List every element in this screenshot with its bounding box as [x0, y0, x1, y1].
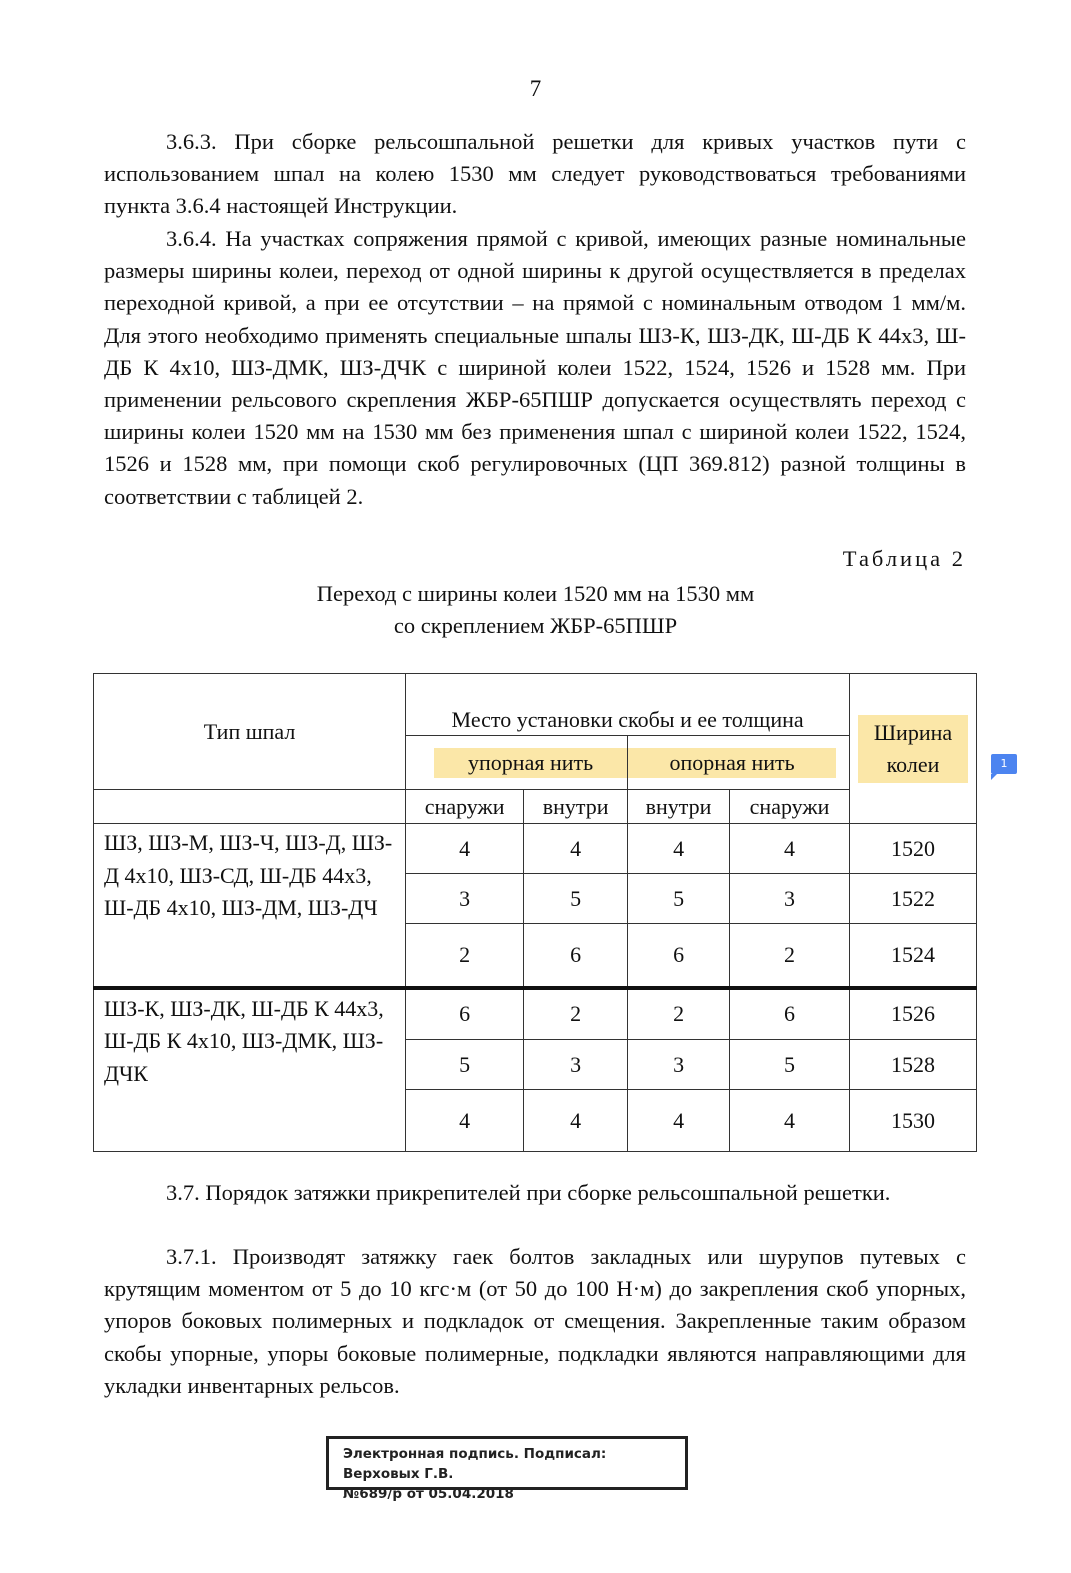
cell: 4: [524, 1090, 628, 1152]
header-support-rail-text: опорная нить: [628, 748, 836, 778]
cell: 4: [524, 824, 628, 874]
cell-gauge: 1524: [850, 924, 977, 988]
cell: 4: [730, 1090, 850, 1152]
cell: 3: [628, 1040, 730, 1090]
cell: 4: [406, 1090, 524, 1152]
table-row: ШЗ, ШЗ-М, ШЗ-Ч, ШЗ-Д, ШЗ-Д 4х10, ШЗ-СД, …: [94, 824, 977, 874]
cell: 2: [406, 924, 524, 988]
header-thrust-rail-text: упорная нить: [434, 748, 627, 778]
paragraph-3-6-4: 3.6.4. На участках сопряжения прямой с к…: [104, 223, 966, 513]
cell: 2: [628, 988, 730, 1040]
header-thrust-rail: упорная нить: [406, 736, 628, 790]
signature-line: №689/р от 05.04.2018: [343, 1484, 685, 1504]
cell: 3: [524, 1040, 628, 1090]
cell: 4: [628, 1090, 730, 1152]
table-caption: Таблица 2: [843, 546, 966, 572]
cell: 5: [524, 874, 628, 924]
paragraph-3-7-1: 3.7.1. Производят затяжку гаек болтов за…: [104, 1241, 966, 1402]
cell: 2: [524, 988, 628, 1040]
table-2: Тип шпал Место установки скобы и ее толщ…: [93, 673, 977, 1152]
cell: 4: [730, 824, 850, 874]
cell-gauge: 1530: [850, 1090, 977, 1152]
paragraph-text: 3.7. Порядок затяжки прикрепителей при с…: [166, 1180, 890, 1205]
header-outside: снаружи: [406, 790, 524, 824]
table-title-line: Переход с ширины колеи 1520 мм на 1530 м…: [0, 578, 1071, 610]
cell: 5: [406, 1040, 524, 1090]
cell: 6: [628, 924, 730, 988]
page-number: 7: [0, 76, 1071, 102]
cell-gauge: 1526: [850, 988, 977, 1040]
paragraph-3-6-3: 3.6.3. При сборке рельсошпальной решетки…: [104, 126, 966, 223]
paragraph-text: 3.6.4. На участках сопряжения прямой с к…: [104, 226, 966, 509]
header-support-rail: опорная нить: [628, 736, 850, 790]
paragraph-text: 3.6.3. При сборке рельсошпальной решетки…: [104, 129, 966, 218]
cell: 4: [628, 824, 730, 874]
table-title-line: со скреплением ЖБР-65ПШР: [0, 610, 1071, 642]
header-inside: внутри: [628, 790, 730, 824]
cell: 5: [730, 1040, 850, 1090]
cell-gauge: 1520: [850, 824, 977, 874]
header-place: Место установки скобы и ее толщина: [406, 674, 850, 736]
table-title: Переход с ширины колеи 1520 мм на 1530 м…: [0, 578, 1071, 642]
cell: 6: [406, 988, 524, 1040]
cell: 3: [730, 874, 850, 924]
signature-line: Электронная подпись. Подписал: Верховых …: [343, 1444, 685, 1484]
header-outside: снаружи: [730, 790, 850, 824]
paragraph-3-7: 3.7. Порядок затяжки прикрепителей при с…: [104, 1177, 966, 1209]
header-type: Тип шпал: [94, 674, 406, 790]
header-gauge: Ширина колеи: [850, 674, 977, 824]
cell-gauge: 1528: [850, 1040, 977, 1090]
cell: 4: [406, 824, 524, 874]
sleeper-types: ШЗ-К, ШЗ-ДК, Ш-ДБ К 44х3, Ш-ДБ К 4х10, Ш…: [94, 988, 406, 1152]
electronic-signature-stamp: Электронная подпись. Подписал: Верховых …: [326, 1436, 688, 1490]
paragraph-text: 3.7.1. Производят затяжку гаек болтов за…: [104, 1244, 966, 1398]
cell: 5: [628, 874, 730, 924]
cell: 6: [730, 988, 850, 1040]
cell-gauge: 1522: [850, 874, 977, 924]
cell: 2: [730, 924, 850, 988]
cell: 3: [406, 874, 524, 924]
header-gauge-text: Ширина колеи: [858, 715, 968, 783]
cell: 6: [524, 924, 628, 988]
comment-badge[interactable]: 1: [991, 754, 1017, 774]
sleeper-types: ШЗ, ШЗ-М, ШЗ-Ч, ШЗ-Д, ШЗ-Д 4х10, ШЗ-СД, …: [94, 824, 406, 988]
header-inside: внутри: [524, 790, 628, 824]
table-row: ШЗ-К, ШЗ-ДК, Ш-ДБ К 44х3, Ш-ДБ К 4х10, Ш…: [94, 988, 977, 1040]
